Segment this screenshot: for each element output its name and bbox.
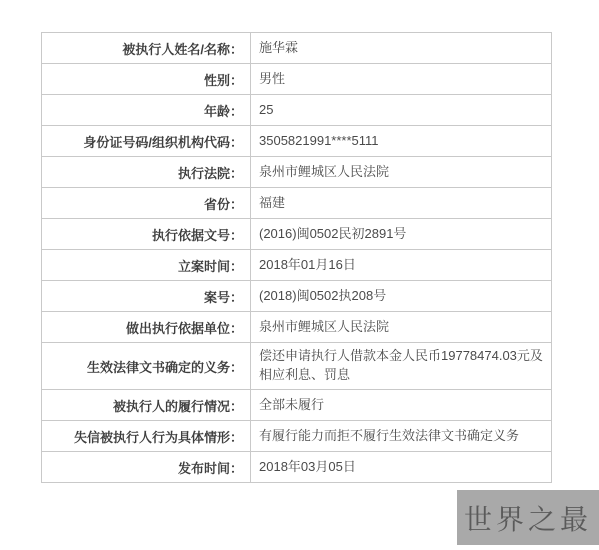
page: 被执行人姓名/名称： 施华霖 性别： 男性 年龄： 25 身份证号码/组织机构代… <box>0 0 599 550</box>
row-value: 福建 <box>251 188 552 219</box>
table-row: 执行法院： 泉州市鲤城区人民法院 <box>42 157 552 188</box>
row-label: 执行依据文号： <box>42 219 251 250</box>
table-row: 年龄： 25 <box>42 95 552 126</box>
row-value: 全部未履行 <box>251 390 552 421</box>
row-label: 失信被执行人行为具体情形： <box>42 421 251 452</box>
row-value: 2018年03月05日 <box>251 452 552 483</box>
row-value: 有履行能力而拒不履行生效法律文书确定义务 <box>251 421 552 452</box>
row-value: 25 <box>251 95 552 126</box>
row-label: 发布时间： <box>42 452 251 483</box>
row-value: (2016)闽0502民初2891号 <box>251 219 552 250</box>
row-label: 案号： <box>42 281 251 312</box>
table-row: 生效法律文书确定的义务： 偿还申请执行人借款本金人民币19778474.03元及… <box>42 343 552 390</box>
row-label: 执行法院： <box>42 157 251 188</box>
row-value: 2018年01月16日 <box>251 250 552 281</box>
row-value: 施华霖 <box>251 33 552 64</box>
row-value: (2018)闽0502执208号 <box>251 281 552 312</box>
table-row: 身份证号码/组织机构代码： 3505821991****5111 <box>42 126 552 157</box>
row-label: 被执行人姓名/名称： <box>42 33 251 64</box>
row-label: 做出执行依据单位： <box>42 312 251 343</box>
table-row: 做出执行依据单位： 泉州市鲤城区人民法院 <box>42 312 552 343</box>
row-label: 年龄： <box>42 95 251 126</box>
row-label: 立案时间： <box>42 250 251 281</box>
row-label: 省份： <box>42 188 251 219</box>
table-row: 案号： (2018)闽0502执208号 <box>42 281 552 312</box>
row-value: 3505821991****5111 <box>251 126 552 157</box>
row-label: 性别： <box>42 64 251 95</box>
row-value: 男性 <box>251 64 552 95</box>
table-row: 失信被执行人行为具体情形： 有履行能力而拒不履行生效法律文书确定义务 <box>42 421 552 452</box>
row-label: 身份证号码/组织机构代码： <box>42 126 251 157</box>
table-row: 执行依据文号： (2016)闽0502民初2891号 <box>42 219 552 250</box>
watermark: 世界之最 <box>457 490 599 545</box>
table-row: 被执行人姓名/名称： 施华霖 <box>42 33 552 64</box>
table-row: 性别： 男性 <box>42 64 552 95</box>
table-row: 发布时间： 2018年03月05日 <box>42 452 552 483</box>
table-row: 立案时间： 2018年01月16日 <box>42 250 552 281</box>
row-value: 泉州市鲤城区人民法院 <box>251 312 552 343</box>
judgment-debtor-record-table: 被执行人姓名/名称： 施华霖 性别： 男性 年龄： 25 身份证号码/组织机构代… <box>41 32 552 483</box>
row-value: 泉州市鲤城区人民法院 <box>251 157 552 188</box>
row-value: 偿还申请执行人借款本金人民币19778474.03元及相应利息、罚息 <box>251 343 552 390</box>
table-row: 省份： 福建 <box>42 188 552 219</box>
row-label: 生效法律文书确定的义务： <box>42 343 251 390</box>
table-row: 被执行人的履行情况： 全部未履行 <box>42 390 552 421</box>
row-label: 被执行人的履行情况： <box>42 390 251 421</box>
